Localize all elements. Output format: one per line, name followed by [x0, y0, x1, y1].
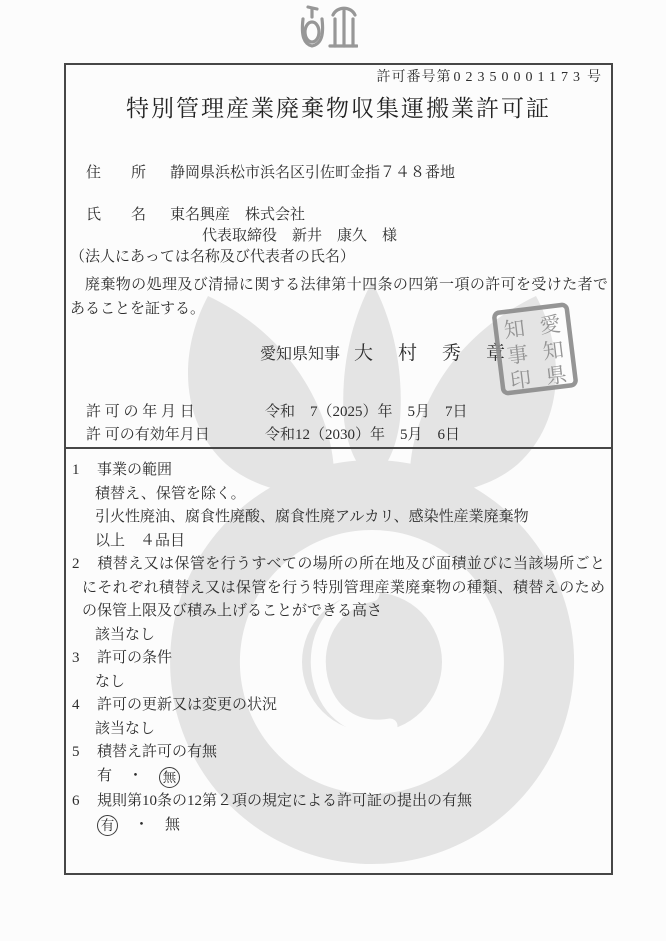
holder-name-value: 東名興産 株式会社 — [170, 203, 305, 224]
date-row: 許 可の有効年月日令和12（2030）年 5月 6日 — [86, 423, 468, 446]
date-row: 許 可 の 年 月 日令和 7（2025）年 5月 7日 — [86, 400, 468, 423]
item-title: 3許可の条件 — [64, 647, 609, 671]
document-page: 許可番号第02350001173号 特別管理産業廃棄物収集運搬業許可証 住 所 … — [0, 0, 666, 941]
corporate-note: （法人にあっては名称及び代表者の氏名） — [70, 245, 355, 266]
seal-char: 印 — [509, 367, 533, 393]
item-detail: 引火性廃油、腐食性廃酸、腐食性廃アルカリ、感染性産業廃棄物 — [64, 506, 609, 530]
section-divider — [64, 447, 613, 449]
option-no: 無 — [165, 814, 180, 838]
option-yes: 有 — [97, 815, 118, 836]
address-label: 住 所 — [86, 161, 150, 182]
item-detail: 該当なし — [64, 718, 609, 742]
date-rows: 許 可 の 年 月 日令和 7（2025）年 5月 7日許 可の有効年月日令和1… — [86, 400, 468, 445]
option-yes: 有 — [97, 765, 112, 789]
items-list: 1事業の範囲積替え、保管を除く。引火性廃油、腐食性廃酸、腐食性廃アルカリ、感染性… — [64, 459, 609, 838]
item-number: 6 — [72, 790, 97, 814]
item-title: 5積替え許可の有無 — [64, 741, 609, 765]
seal-char: 事 — [506, 342, 530, 368]
item-detail: 該当なし — [64, 624, 609, 648]
item-detail: 積替え、保管を除く。 — [64, 483, 609, 507]
item-number: 4 — [72, 694, 97, 718]
option-no: 無 — [159, 767, 180, 788]
issuer-title: 愛知県知事 — [260, 346, 340, 363]
item-number: 1 — [72, 459, 97, 483]
date-value: 令和 7（2025）年 5月 7日 — [265, 404, 468, 420]
choice-row: 有・無 — [64, 813, 609, 838]
item-title: 4許可の更新又は変更の状況 — [64, 694, 609, 718]
item-detail: 以上 ４品目 — [64, 530, 609, 554]
seal-char: 知 — [503, 316, 527, 342]
official-seal: 愛 知 県 知 事 印 — [490, 300, 580, 397]
holder-name-label: 氏 名 — [86, 203, 150, 224]
date-label: 許 可の有効年月日 — [86, 423, 265, 444]
representative-line: 代表取締役 新井 康久 様 — [202, 224, 397, 245]
item-title: 1事業の範囲 — [64, 459, 609, 483]
permit-number-label: 許可番号第 — [377, 70, 452, 85]
issuer-line: 愛知県知事大 村 秀 章 — [260, 338, 508, 365]
permit-number-value: 02350001173 — [454, 70, 585, 85]
item-detail: なし — [64, 671, 609, 695]
permit-number-suffix: 号 — [587, 70, 602, 85]
permit-number-line: 許可番号第02350001173号 — [377, 66, 602, 86]
option-separator: ・ — [128, 765, 143, 789]
choice-row: 有・無 — [64, 765, 609, 790]
seal-char: 愛 — [538, 312, 562, 338]
item-number: 2 — [72, 553, 97, 577]
document-title: 特別管理産業廃棄物収集運搬業許可証 — [64, 90, 613, 123]
address-value: 静岡県浜松市浜名区引佐町金指７４８番地 — [170, 161, 455, 182]
item-number: 3 — [72, 647, 97, 671]
seal-char: 知 — [541, 338, 565, 364]
faded-stamp-mark — [294, 2, 358, 54]
address-row: 住 所 静岡県浜松市浜名区引佐町金指７４８番地 — [86, 161, 455, 182]
holder-name-row: 氏 名 東名興産 株式会社 — [86, 203, 305, 224]
item-title: 2積替え又は保管を行うすべての場所の所在地及び面積並びに当該場所ごとにそれぞれ積… — [64, 553, 609, 624]
issuer-name: 大 村 秀 章 — [354, 343, 508, 364]
seal-char: 県 — [545, 362, 569, 388]
date-label: 許 可 の 年 月 日 — [86, 400, 265, 421]
item-title: 6規則第10条の12第２項の規定による許可証の提出の有無 — [64, 790, 609, 814]
option-separator: ・ — [134, 814, 149, 838]
item-number: 5 — [72, 741, 97, 765]
date-value: 令和12（2030）年 5月 6日 — [265, 427, 460, 443]
